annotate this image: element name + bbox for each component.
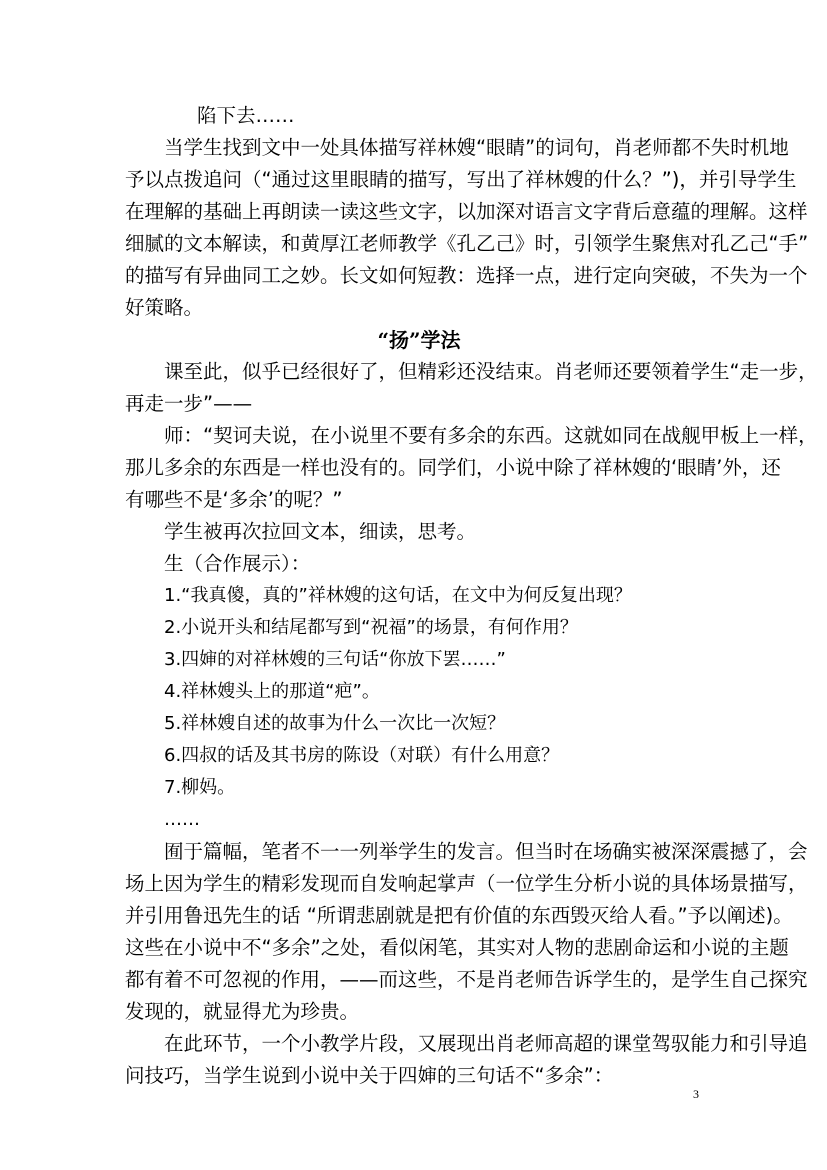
text-line: 好策略。: [125, 292, 713, 324]
list-item: 2.小说开头和结尾都写到“祝福”的场景，有何作用？: [125, 612, 713, 644]
text-line: 发现的，就显得尤为珍贵。: [125, 996, 713, 1028]
text-line: 课至此，似乎已经很好了，但精彩还没结束。肖老师还要领着学生“走一步，: [125, 356, 713, 388]
paragraph-eye-analysis: 当学生找到文中一处具体描写祥林嫂“眼睛”的词句，肖老师都不失时机地 予以点拨追问…: [125, 132, 713, 324]
text-line: 师：“契诃夫说，在小说里不要有多余的东西。这就如同在战舰甲板上一样，: [125, 420, 713, 452]
student-findings-list: 1.“我真傻，真的”祥林嫂的这句话，在文中为何反复出现？ 2.小说开头和结尾都写…: [125, 580, 713, 836]
text-line: 都有着不可忽视的作用，——而这些，不是肖老师告诉学生的，是学生自己探究: [125, 964, 713, 996]
text-line: 场上因为学生的精彩发现而自发响起掌声（一位学生分析小说的具体场景描写，: [125, 868, 713, 900]
list-item: 3.四婶的对祥林嫂的三句话“你放下罢……”: [125, 644, 713, 676]
list-item-ellipsis: ……: [125, 804, 713, 836]
paragraph-students-reread: 学生被再次拉回文本，细读，思考。: [125, 516, 713, 548]
page-content: 陷下去…… 当学生找到文中一处具体描写祥林嫂“眼睛”的词句，肖老师都不失时机地 …: [125, 100, 713, 1092]
paragraph-intro: 课至此，似乎已经很好了，但精彩还没结束。肖老师还要领着学生“走一步， 再走一步”…: [125, 356, 713, 420]
text-line: 囿于篇幅，笔者不一一列举学生的发言。但当时在场确实被深深震撼了，会: [125, 836, 713, 868]
text-line: 的描写有异曲同工之妙。长文如何短教：选择一点，进行定向突破，不失为一个: [125, 260, 713, 292]
list-item: 5.祥林嫂自述的故事为什么一次比一次短？: [125, 708, 713, 740]
text-line: 再走一步”——: [125, 388, 713, 420]
text-line: 当学生找到文中一处具体描写祥林嫂“眼睛”的词句，肖老师都不失时机地: [125, 132, 713, 164]
document-page: 陷下去…… 当学生找到文中一处具体描写祥林嫂“眼睛”的词句，肖老师都不失时机地 …: [0, 0, 827, 1170]
list-item: 1.“我真傻，真的”祥林嫂的这句话，在文中为何反复出现？: [125, 580, 713, 612]
text-line: 在此环节，一个小教学片段，又展现出肖老师高超的课堂驾驭能力和引导追: [125, 1028, 713, 1060]
list-item: 6.四叔的话及其书房的陈设（对联）有什么用意？: [125, 740, 713, 772]
text-line: 予以点拨追问（“通过这里眼睛的描写，写出了祥林嫂的什么？”)，并引导学生: [125, 164, 713, 196]
text-line: 有哪些不是‘多余’的呢？”: [125, 484, 713, 516]
text-line: 那儿多余的东西是一样也没有的。同学们，小说中除了祥林嫂的‘眼睛’外，还: [125, 452, 713, 484]
text-line: 这些在小说中不“多余”之处，看似闲笔，其实对人物的悲剧命运和小说的主题: [125, 932, 713, 964]
list-item: 4.祥林嫂头上的那道“疤”。: [125, 676, 713, 708]
text-line: 问技巧，当学生说到小说中关于四婶的三句话不“多余”：: [125, 1060, 713, 1092]
paragraph-segment: 在此环节，一个小教学片段，又展现出肖老师高超的课堂驾驭能力和引导追 问技巧，当学…: [125, 1028, 713, 1092]
section-heading: “扬”学法: [125, 324, 713, 356]
quote-tail: 陷下去……: [125, 100, 713, 132]
paragraph-teacher-quote: 师：“契诃夫说，在小说里不要有多余的东西。这就如同在战舰甲板上一样， 那儿多余的…: [125, 420, 713, 516]
paragraph-student-label: 生（合作展示）：: [125, 548, 713, 580]
list-item: 7.柳妈。: [125, 772, 713, 804]
page-number: 3: [693, 1087, 699, 1102]
text-line: 在理解的基础上再朗读一读这些文字，以加深对语言文字背后意蕴的理解。这样: [125, 196, 713, 228]
paragraph-reflection: 囿于篇幅，笔者不一一列举学生的发言。但当时在场确实被深深震撼了，会 场上因为学生…: [125, 836, 713, 1028]
text-line: 并引用鲁迅先生的话 “所谓悲剧就是把有价值的东西毁灭给人看。”予以阐述)。: [125, 900, 713, 932]
text-line: 细腻的文本解读，和黄厚江老师教学《孔乙己》时，引领学生聚焦对孔乙己“手”: [125, 228, 713, 260]
